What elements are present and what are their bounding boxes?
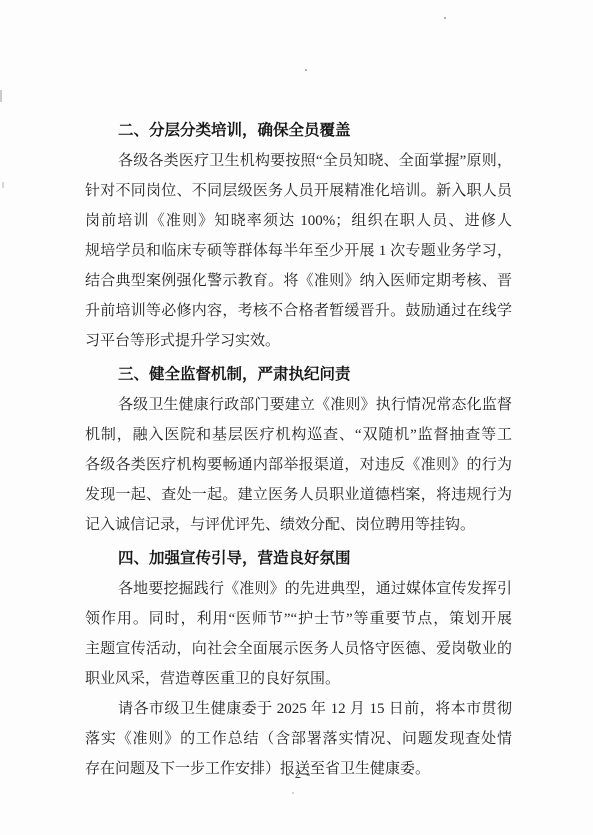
text-line: 领作用。同时，利用“医师节”“护士节”等重要节点，策划开展	[85, 604, 512, 634]
text-line: 各级卫生健康行政部门要建立《准则》执行情况常态化监督	[85, 390, 512, 420]
scan-speck	[2, 182, 4, 188]
document-page: 二、分层分类培训，确保全员覆盖 各级各类医疗卫生机构要按照“全员知晓、全面掌握”…	[0, 0, 593, 835]
section-heading-2: 二、分层分类培训，确保全员覆盖	[85, 116, 512, 146]
document-body: 二、分层分类培训，确保全员覆盖 各级各类医疗卫生机构要按照“全员知晓、全面掌握”…	[85, 116, 512, 784]
paragraph: 各级各类医疗卫生机构要按照“全员知晓、全面掌握”原则， 针对不同岗位、不同层级医…	[85, 146, 512, 356]
text-line: 结合典型案例强化警示教育。将《准则》纳入医师定期考核、晋	[85, 266, 512, 296]
text-line: 职业风采，营造尊医重卫的良好氛围。	[85, 664, 512, 694]
scan-speck	[305, 69, 307, 71]
scan-speck	[444, 17, 446, 19]
text-line: 主题宣传活动，向社会全面展示医务人员恪守医德、爱岗敬业的	[85, 634, 512, 664]
section-heading-3: 三、健全监督机制，严肃执纪问责	[85, 360, 512, 390]
scan-speck	[292, 792, 294, 794]
paragraph: 各地要挖掘践行《准则》的先进典型，通过媒体宣传发挥引 领作用。同时，利用“医师节…	[85, 574, 512, 694]
text-line: 各级各类医疗卫生机构要按照“全员知晓、全面掌握”原则，	[85, 146, 512, 176]
text-line: 各级各类医疗机构要畅通内部举报渠道，对违反《准则》的行为	[85, 450, 512, 480]
text-line: 习平台等形式提升学习实效。	[85, 326, 512, 356]
text-line: 升前培训等必修内容，考核不合格者暂缓晋升。鼓励通过在线学	[85, 296, 512, 326]
text-line: 各地要挖掘践行《准则》的先进典型，通过媒体宣传发挥引	[85, 574, 512, 604]
page-number: - 2 -	[85, 767, 512, 782]
text-line: 请各市级卫生健康委于 2025 年 12 月 15 日前，将本市贯彻	[85, 694, 512, 724]
text-line: 规培学员和临床专硕等群体每半年至少开展 1 次专题业务学习，	[85, 236, 512, 266]
text-line: 针对不同岗位、不同层级医务人员开展精准化培训。新入职人员	[85, 176, 512, 206]
paragraph: 各级卫生健康行政部门要建立《准则》执行情况常态化监督 机制，融入医院和基层医疗机…	[85, 390, 512, 540]
section-heading-4: 四、加强宣传引导，营造良好氛围	[85, 544, 512, 574]
text-line: 机制，融入医院和基层医疗机构巡查、“双随机”监督抽查等工作。	[85, 420, 512, 450]
text-line: 落实《准则》的工作总结（含部署落实情况、问题发现查处情况，	[85, 724, 512, 754]
text-line: 发现一起、查处一起。建立医务人员职业道德档案，将违规行为	[85, 480, 512, 510]
text-line: 记入诚信记录，与评优评先、绩效分配、岗位聘用等挂钩。	[85, 510, 512, 540]
scan-speck	[0, 90, 2, 102]
text-line: 岗前培训《准则》知晓率须达 100%；组织在职人员、进修人员、	[85, 206, 512, 236]
